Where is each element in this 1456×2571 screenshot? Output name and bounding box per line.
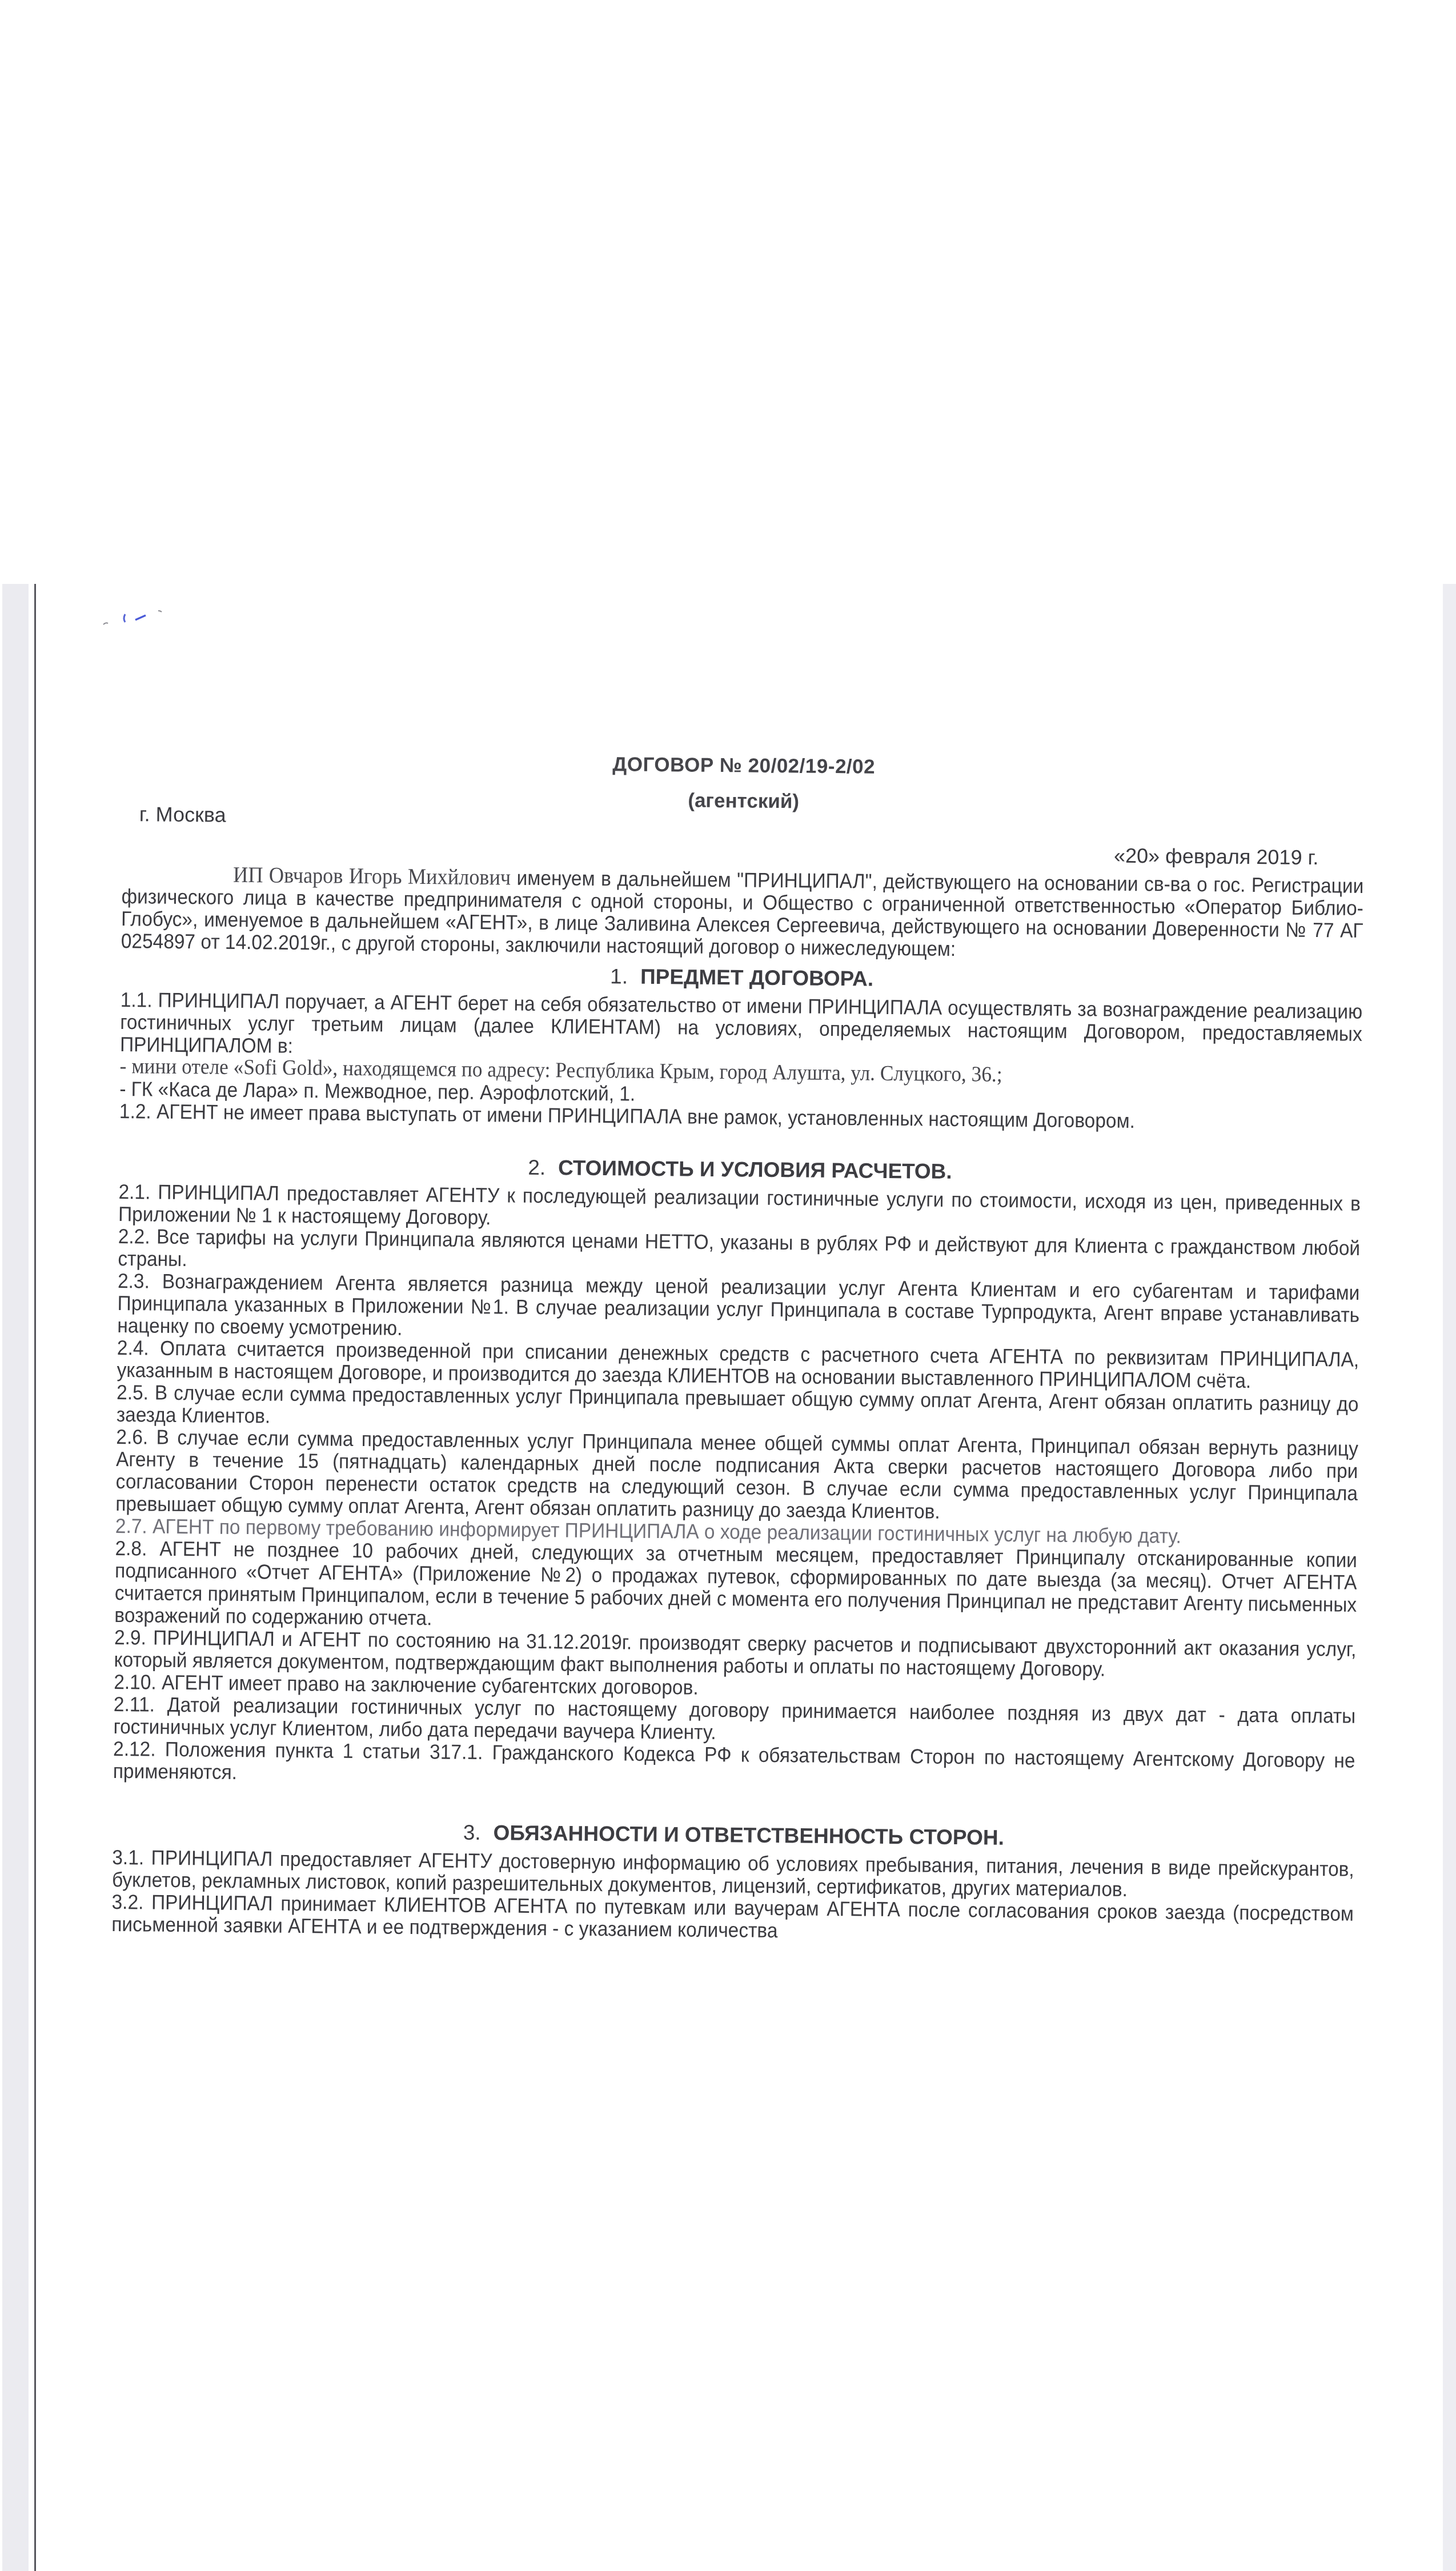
scanner-margin-right bbox=[1443, 584, 1456, 2571]
clause-2-6: 2.6. В случае если сумма предоставленных… bbox=[115, 1425, 1358, 1527]
section-title: СТОИМОСТЬ И УСЛОВИЯ РАСЧЕТОВ. bbox=[558, 1156, 952, 1183]
contract-intro: ИП Овчаров Игорь Михйлович именуем в дал… bbox=[121, 863, 1364, 964]
section-number: 1. bbox=[610, 964, 628, 988]
contract-title: ДОГОВОР № 20/02/19-2/02 bbox=[123, 748, 1365, 783]
scanner-margin-left bbox=[2, 584, 29, 2571]
pen-mark-icon bbox=[100, 603, 169, 631]
contract-page: ДОГОВОР № 20/02/19-2/02 (агентский) г. М… bbox=[111, 748, 1365, 1947]
section-title: ПРЕДМЕТ ДОГОВОРА. bbox=[640, 965, 873, 991]
page-edge-line bbox=[34, 584, 36, 2571]
section-number: 3. bbox=[463, 1821, 481, 1844]
section-number: 2. bbox=[528, 1156, 546, 1179]
clause-2-3: 2.3. Вознаграждением Агента является раз… bbox=[117, 1270, 1359, 1348]
section-title: ОБЯЗАННОСТИ И ОТВЕТСТВЕННОСТЬ СТОРОН. bbox=[493, 1821, 1004, 1849]
clause-2-8: 2.8. АГЕНТ не позднее 10 рабочих дней, с… bbox=[114, 1537, 1357, 1638]
blank-scan-area bbox=[0, 0, 1456, 583]
